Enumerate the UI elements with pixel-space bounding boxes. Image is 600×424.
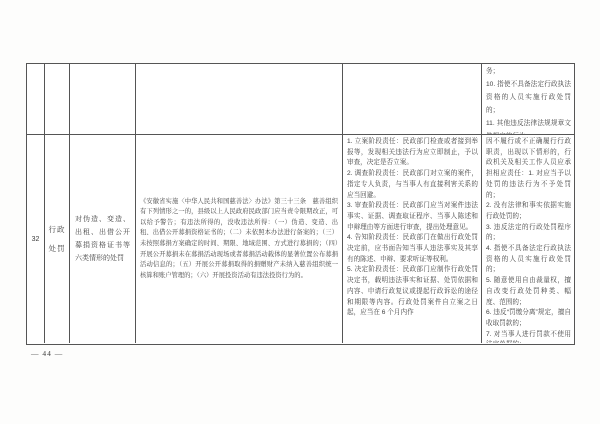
- duty-stage-paragraph: 3. 审查阶段责任：民政部门应当对案件违法事实、证据、调查取证程序、当事人陈述和…: [347, 201, 478, 233]
- accountability-paragraph: 5. 随意使用自由裁量权，擅自改变行政处罚种类、幅度、范围的；: [486, 276, 571, 308]
- accountability-paragraph: 3. 违反法定的行政处罚程序的；: [486, 223, 571, 244]
- penalty-category-label: 行政处罚: [49, 220, 66, 258]
- accountability-fragment: 11. 其他违反法律法规规章文件规定的行为。: [486, 117, 571, 134]
- cell-penalty-category: 行政处罚: [45, 135, 70, 343]
- accountability-fragment: 10. 指使不具备法定行政执法资格的人员实施行政处罚的；: [486, 78, 571, 117]
- cell-carryover-legal-basis-empty: [136, 64, 343, 134]
- cell-carryover-accountability: 务； 10. 指使不具备法定行政执法资格的人员实施行政处罚的； 11. 其他违反…: [482, 64, 574, 134]
- cell-carryover-duties-empty: [343, 64, 482, 134]
- table-row-32: 32 行政处罚 对伪造、变造、出租、出借公开募捐资格证书等六类情形的处罚 《安徽…: [27, 135, 574, 343]
- cell-carryover-category-empty: [45, 64, 70, 134]
- cell-legal-basis: 《安徽省实施〈中华人民共和国慈善法〉办法》第三十三条 慈善组织有下列情形之一的，…: [136, 135, 343, 343]
- accountability-fragment: 务；: [486, 65, 571, 78]
- accountability-paragraph: 4. 指使不具备法定行政执法资格的人员实施行政处罚的；: [486, 244, 571, 276]
- accountability-paragraph: 7. 对当事人进行罚款不使用法定单据的；: [486, 330, 571, 343]
- duty-stage-paragraph: 1. 立案阶段责任：民政部门检查或者接到举报等，发现相关违法行为应立即制止，予以…: [347, 137, 478, 169]
- cell-accountability-situations: 因不履行或不正确履行行政职责，出现以下情形的，行政机关及相关工作人员应承担相应责…: [482, 135, 574, 343]
- duty-stage-paragraph: 4. 告知阶段责任：民政部门在做出行政处罚决定前，应书面告知当事人违法事实及其享…: [347, 233, 478, 265]
- penalty-list-table: 务； 10. 指使不具备法定行政执法资格的人员实施行政处罚的； 11. 其他违反…: [26, 63, 575, 345]
- duty-stage-paragraph: 5. 决定阶段责任：民政部门应制作行政处罚决定书，载明违法事实和证据、处罚依据和…: [347, 265, 478, 319]
- cell-penalty-item: 对伪造、变造、出租、出借公开募捐资格证书等六类情形的处罚: [70, 135, 136, 343]
- cell-implementation-duties: 1. 立案阶段责任：民政部门检查或者接到举报等，发现相关违法行为应立即制止，予以…: [343, 135, 482, 343]
- cell-serial-number: 32: [27, 135, 45, 343]
- legal-basis-text: 《安徽省实施〈中华人民共和国慈善法〉办法》第三十三条 慈善组织有下列情形之一的，…: [136, 197, 342, 282]
- accountability-paragraph: 因不履行或不正确履行行政职责，出现以下情形的，行政机关及相关工作人员应承担相应责…: [486, 137, 571, 201]
- document-page: 务； 10. 指使不具备法定行政执法资格的人员实施行政处罚的； 11. 其他违反…: [0, 0, 600, 424]
- table-row-carryover: 务； 10. 指使不具备法定行政执法资格的人员实施行政处罚的； 11. 其他违反…: [27, 64, 574, 135]
- serial-number: 32: [32, 236, 40, 243]
- page-number: — 44 —: [31, 349, 63, 358]
- cell-carryover-serial-empty: [27, 64, 45, 134]
- accountability-paragraph: 2. 没有法律和事实依据实施行政处罚的；: [486, 201, 571, 222]
- accountability-paragraph: 6. 违反“罚缴分离”规定，擅自收取罚款的；: [486, 308, 571, 329]
- duty-stage-paragraph: 2. 调查阶段责任：民政部门对立案的案件，指定专人负责，与当事人有直接利害关系的…: [347, 169, 478, 201]
- penalty-item-text: 对伪造、变造、出租、出借公开募捐资格证书等六类情形的处罚: [70, 213, 135, 265]
- cell-carryover-item-empty: [70, 64, 136, 134]
